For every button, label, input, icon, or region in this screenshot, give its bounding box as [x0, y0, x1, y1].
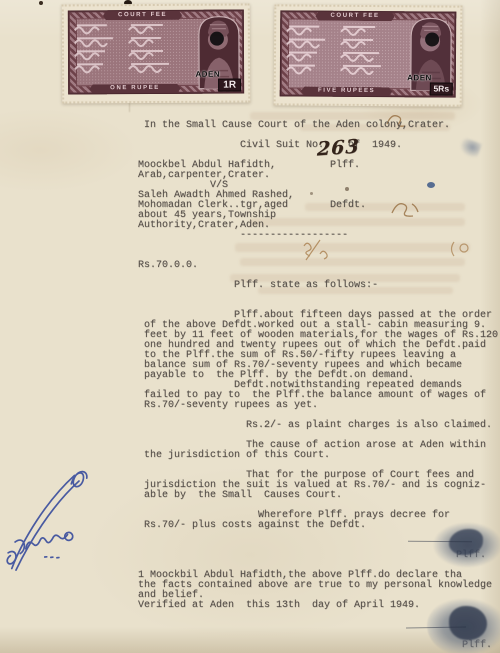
court-fee-stamp-five-rupees: COURT FEE: [274, 4, 463, 106]
typewriter-offset-ghost: [250, 112, 455, 120]
stamp-header-label: COURT FEE: [103, 11, 182, 20]
stamp-value-label: 1R: [218, 79, 241, 92]
typed-document-text: In the Small Cause Court of the Aden col…: [138, 121, 498, 651]
ink-blot-core: [449, 606, 487, 640]
native-script-rows: [71, 22, 183, 77]
blue-ink-dot: [427, 182, 435, 188]
stamp-value-label: 5Rs: [430, 82, 453, 95]
ink-speck: [39, 1, 43, 5]
stamp-header-label: COURT FEE: [315, 12, 394, 22]
handwritten-suit-number: 263: [317, 135, 360, 160]
aden-overprint-label: ADEN: [407, 73, 432, 82]
native-script-rows: [283, 22, 395, 79]
document-page: COURT FEE: [0, 0, 500, 653]
ink-blot-thumbprint: [427, 596, 500, 653]
ink-blot-thumbprint: [433, 521, 500, 571]
plaintiff-signature-blue-ink: [0, 447, 110, 575]
aden-overprint-label: ADEN: [195, 70, 220, 79]
court-fee-stamp-one-rupee: COURT FEE: [62, 4, 251, 104]
stamp-denomination-label: FIVE RUPEES: [301, 87, 393, 97]
stamp-denomination-label: ONE RUPEE: [89, 84, 181, 93]
